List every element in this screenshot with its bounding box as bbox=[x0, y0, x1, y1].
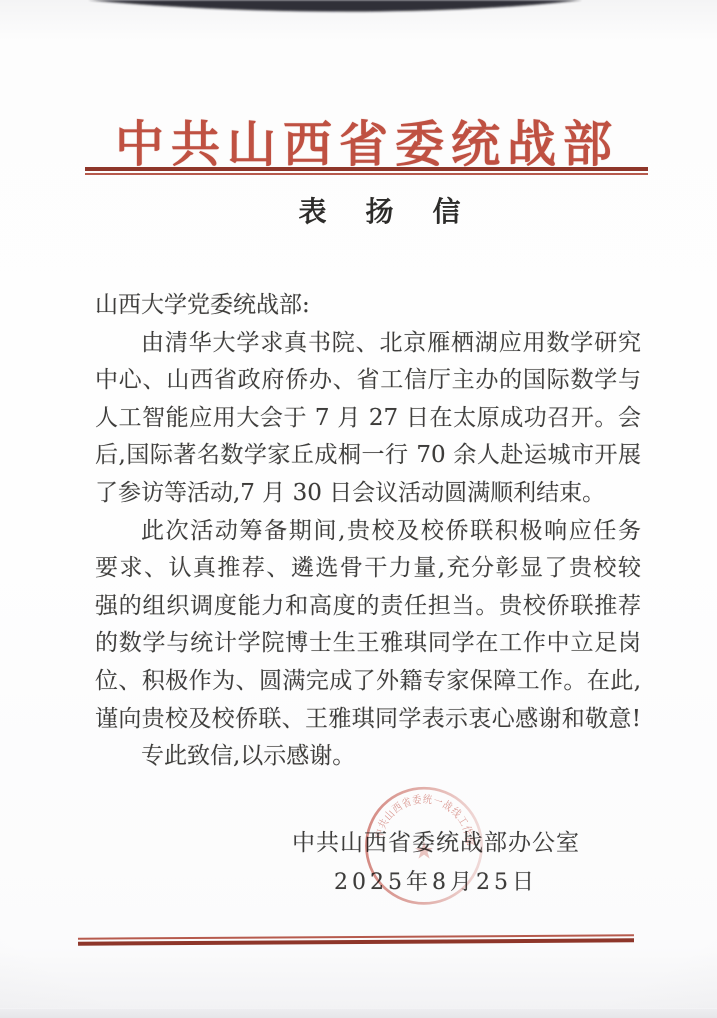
body-text-line: 的数学与统计学院博士生王雅琪同学在工作中立足岗 bbox=[95, 625, 641, 663]
body-text-line: 要求、认真推荐、遴选骨干力量,充分彰显了贵校较 bbox=[95, 550, 641, 588]
signature-org: 中共山西省委统战部办公室 bbox=[255, 828, 617, 858]
signature-date: 2025年8月25日 bbox=[255, 868, 617, 898]
body-text-line: 后,国际著名数学家丘成桐一行 70 余人赴运城市开展 bbox=[95, 437, 641, 475]
footer-divider-thick-line bbox=[78, 938, 634, 945]
body-text-line: 山西大学党委统战部: bbox=[95, 287, 641, 325]
body-text-line: 由清华大学求真书院、北京雁栖湖应用数学研究 bbox=[95, 325, 641, 363]
photo-top-shadow bbox=[0, 0, 717, 22]
body-text-line: 此次活动筹备期间,贵校及校侨联积极响应任务 bbox=[95, 513, 641, 551]
body-text-line: 人工智能应用大会于 7 月 27 日在太原成功召开。会 bbox=[95, 400, 641, 438]
signature-block: 中共山西省委统战部办公室 2025年8月25日 bbox=[255, 828, 617, 898]
document-title: 表扬信 bbox=[60, 190, 699, 230]
letterhead-divider-thick-line bbox=[85, 167, 648, 171]
body-text-line: 位、积极作为、圆满完成了外籍专家保障工作。在此, bbox=[95, 663, 641, 701]
body-text-line: 强的组织调度能力和高度的责任担当。贵校侨联推荐 bbox=[95, 588, 641, 626]
letterhead-divider bbox=[85, 167, 648, 175]
photo-bottom-edge bbox=[0, 1008, 717, 1018]
body-text-line: 谨向贵校及校侨联、王雅琪同学表示衷心感谢和敬意! bbox=[95, 701, 641, 739]
body-text-line: 中心、山西省政府侨办、省工信厅主办的国际数学与 bbox=[95, 362, 641, 400]
document-photo: 中共山西省委统战部 表扬信 山西大学党委统战部: 由清华大学求真书院、北京雁栖湖… bbox=[0, 0, 717, 1018]
footer-divider bbox=[78, 934, 634, 945]
letterhead-divider-thin-line bbox=[85, 173, 648, 175]
letter-body: 山西大学党委统战部: 由清华大学求真书院、北京雁栖湖应用数学研究 中心、山西省政… bbox=[95, 287, 641, 776]
body-text-line: 专此致信,以示感谢。 bbox=[95, 738, 641, 776]
letterhead-org-name: 中共山西省委统战部 bbox=[60, 106, 667, 176]
body-text-line: 了参访等活动,7 月 30 日会议活动圆满顺利结束。 bbox=[95, 475, 641, 513]
